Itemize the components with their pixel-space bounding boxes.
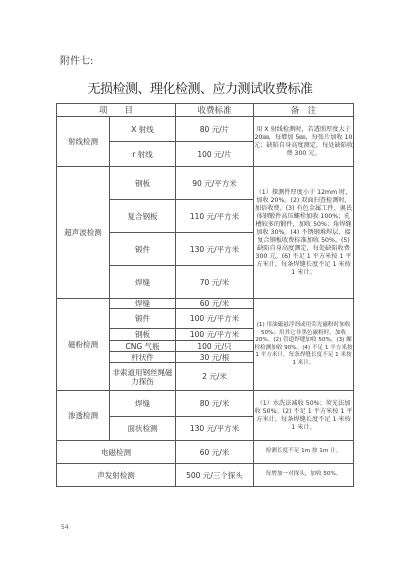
- page-title: 无损检测、理化检测、应力测试收费标准: [0, 78, 400, 97]
- table-row: 声发射检测 500 元/三个探头 每增加一对探头，加收 50%。: [57, 464, 354, 487]
- item-cell: 钢板: [110, 329, 176, 341]
- item-cell: 焊缝: [110, 299, 176, 309]
- table-row: 渗透检测 焊缝 80 元/米 （1）水洗法减收 50%；荧光法加收 50%。(2…: [57, 391, 354, 417]
- fee-cell: 110 元/平方米: [176, 200, 254, 233]
- fee-cell: 130 元/平方米: [176, 233, 254, 266]
- fee-cell: 80 元/片: [176, 117, 254, 142]
- fee-cell: 70 元/米: [176, 266, 254, 299]
- item-cell: 锻件: [110, 233, 176, 266]
- table-row: 超声波检测 钢板 90 元/平方米 （1）探测件厚度小于 12mm 时，加收 2…: [57, 167, 354, 200]
- page-number: 54: [61, 524, 69, 531]
- annex-label: 附件七:: [60, 52, 93, 67]
- note-cell: 每增加一对探头，加收 50%。: [254, 464, 354, 487]
- category-cell: 声发射检测: [57, 464, 176, 487]
- item-cell: 锻件: [110, 309, 176, 329]
- header-item: 项 目: [57, 104, 176, 117]
- item-cell: CNG 气瓶: [110, 341, 176, 352]
- fee-cell: 100 元/平方米: [176, 309, 254, 329]
- item-cell: 杆状件: [110, 352, 176, 363]
- header-fee: 收费标准: [176, 104, 254, 117]
- fee-standard-table: 项 目 收费标准 备 注 射线检测 X 射线 80 元/片 用 X 射线检测时，…: [56, 103, 354, 487]
- fee-cell: 500 元/三个探头: [176, 464, 254, 487]
- table-row: 磁粉检测 焊缝 60 元/米 (1) 用油磁悬浮剂或用荧光磁粉时加收 50%；用…: [57, 299, 354, 309]
- fee-cell: 100 元/只: [176, 341, 254, 352]
- category-cell: 超声波检测: [57, 167, 110, 299]
- table-header-row: 项 目 收费标准 备 注: [57, 104, 354, 117]
- fee-cell: 130 元/平方米: [176, 417, 254, 441]
- item-cell: X 射线: [110, 117, 176, 142]
- table-row: 射线检测 X 射线 80 元/片 用 X 射线检测时，若透照厚度大于 20㎜，每…: [57, 117, 354, 142]
- category-cell: 渗透检测: [57, 391, 110, 441]
- item-cell: r 射线: [110, 142, 176, 167]
- category-cell: 磁粉检测: [57, 299, 110, 391]
- note-cell: (1) 用油磁悬浮剂或用荧光磁粉时加收 50%；用其它非黑色磁粉时，加收 20%…: [254, 299, 354, 391]
- fee-cell: 100 元/平方米: [176, 329, 254, 341]
- fee-cell: 100 元/片: [176, 142, 254, 167]
- category-cell: 射线检测: [57, 117, 110, 167]
- note-cell: 检测长度不足 1m 按 1m 计。: [254, 441, 354, 464]
- fee-cell: 2 元/米: [176, 363, 254, 391]
- note-cell: （1）探测件厚度小于 12mm 时，加收 20%。(2) 双面扫查检测时，加倍收…: [254, 167, 354, 299]
- fee-cell: 90 元/平方米: [176, 167, 254, 200]
- item-cell: 面状检测: [110, 417, 176, 441]
- item-cell: 焊缝: [110, 266, 176, 299]
- fee-cell: 30 元/根: [176, 352, 254, 363]
- item-cell: 非索道用钢丝绳磁力探伤: [110, 363, 176, 391]
- fee-cell: 80 元/米: [176, 391, 254, 417]
- note-cell: 用 X 射线检测时，若透照厚度大于 20㎜，每增加 5㎜，每张片加收 10 元；…: [254, 117, 354, 167]
- header-note: 备 注: [254, 104, 354, 117]
- category-cell: 电磁检测: [57, 441, 176, 464]
- item-cell: 钢板: [110, 167, 176, 200]
- item-cell: 焊缝: [110, 391, 176, 417]
- table-row: 电磁检测 60 元/米 检测长度不足 1m 按 1m 计。: [57, 441, 354, 464]
- fee-cell: 60 元/米: [176, 299, 254, 309]
- item-cell: 复合钢板: [110, 200, 176, 233]
- fee-cell: 60 元/米: [176, 441, 254, 464]
- note-cell: （1）水洗法减收 50%；荧光法加收 50%。(2) 不足 1 平方米按 1 平…: [254, 391, 354, 441]
